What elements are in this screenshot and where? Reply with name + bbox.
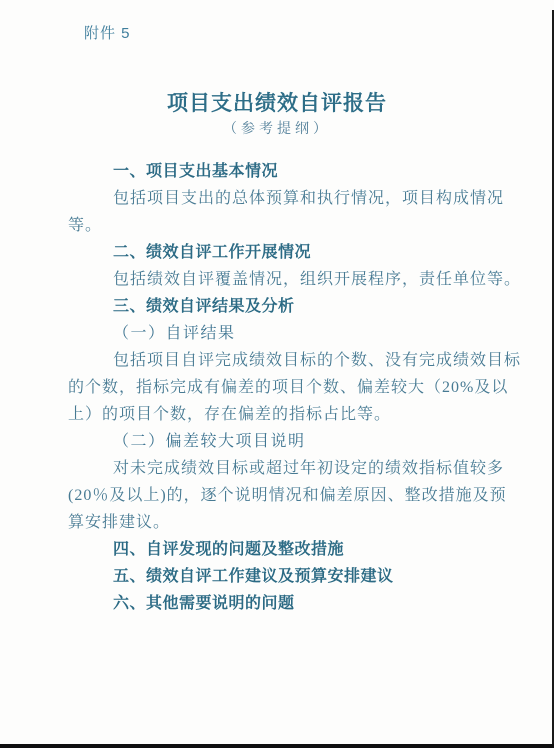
section-2-heading: 二、绩效自评工作开展情况 <box>68 239 508 266</box>
subsection-3-1-heading: （一）自评结果 <box>68 320 508 347</box>
document-body: 一、项目支出基本情况 包括项目支出的总体预算和执行情况，项目构成情况 等。 二、… <box>68 158 508 617</box>
page-subtitle: （参考提纲） <box>0 118 554 138</box>
section-6-heading: 六、其他需要说明的问题 <box>68 590 508 617</box>
section-5-heading: 五、绩效自评工作建议及预算安排建议 <box>68 563 508 590</box>
subsection-3-1-body-line: 的个数，指标完成有偏差的项目个数、偏差较大（20%及以 <box>68 374 508 401</box>
attachment-label: 附件 5 <box>84 22 131 43</box>
subsection-3-1-body-line: 上）的项目个数，存在偏差的指标占比等。 <box>68 401 508 428</box>
scanned-document-page: 附件 5 项目支出绩效自评报告 （参考提纲） 一、项目支出基本情况 包括项目支出… <box>0 0 554 748</box>
page-title: 项目支出绩效自评报告 <box>0 87 554 117</box>
section-1-body-line: 等。 <box>68 212 508 239</box>
subsection-3-2-heading: （二）偏差较大项目说明 <box>68 428 508 455</box>
subsection-3-2-body-line: (20％及以上)的，逐个说明情况和偏差原因、整改措施及预 <box>68 482 508 509</box>
subsection-3-2-body-line: 对未完成绩效目标或超过年初设定的绩效指标值较多 <box>68 455 508 482</box>
scan-edge-bottom <box>0 744 554 748</box>
subsection-3-2-body-line: 算安排建议。 <box>68 509 508 536</box>
section-1-body-line: 包括项目支出的总体预算和执行情况，项目构成情况 <box>68 185 508 212</box>
section-2-body-line: 包括绩效自评覆盖情况，组织开展程序，责任单位等。 <box>68 266 508 293</box>
section-4-heading: 四、自评发现的问题及整改措施 <box>68 536 508 563</box>
section-1-heading: 一、项目支出基本情况 <box>68 158 508 185</box>
section-3-heading: 三、绩效自评结果及分析 <box>68 293 508 320</box>
subsection-3-1-body-line: 包括项目自评完成绩效目标的个数、没有完成绩效目标 <box>68 347 508 374</box>
